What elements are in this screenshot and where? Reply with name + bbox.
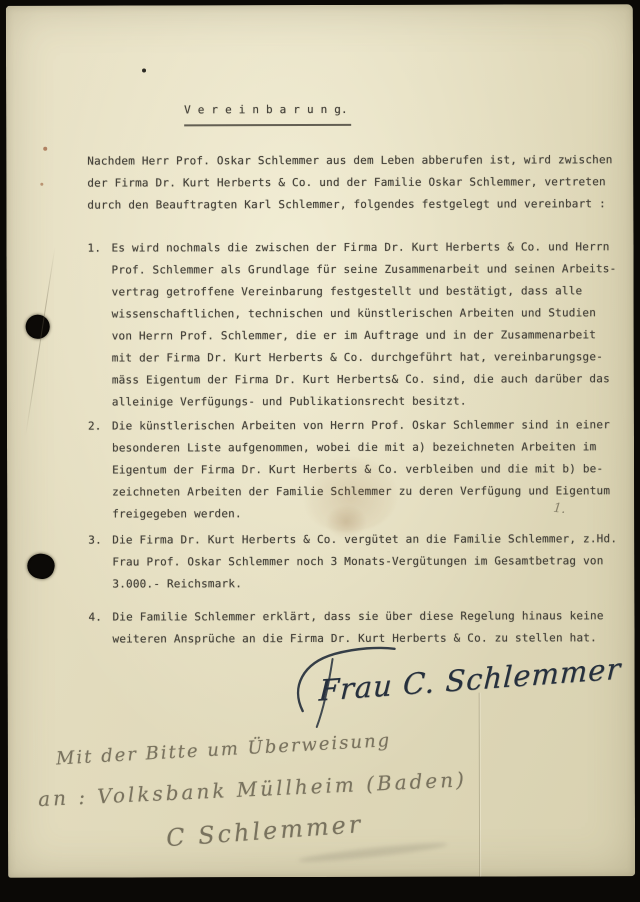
document-page: V e r e i n b a r u n g. Nachdem Herr Pr… <box>6 4 635 878</box>
title-underline <box>184 124 351 126</box>
rust-speck <box>43 147 47 151</box>
scratch-line <box>25 247 56 437</box>
pencil-smudge <box>298 840 448 865</box>
agreement-item-2: 2. Die künstlerischen Arbeiten von Herrn… <box>6 4 633 6</box>
punch-hole <box>26 315 50 339</box>
rust-speck <box>40 183 43 186</box>
photo-background: V e r e i n b a r u n g. Nachdem Herr Pr… <box>0 0 640 902</box>
document-title: V e r e i n b a r u n g. <box>184 99 348 121</box>
item-number: 2. <box>88 416 108 438</box>
intro-paragraph: Nachdem Herr Prof. Oskar Schlemmer aus d… <box>87 149 612 216</box>
ink-signature: Frau C. Schlemmer <box>289 638 634 739</box>
item-number: 1. <box>87 238 107 260</box>
pencil-note-line-1: Mit der Bitte um Überweisung <box>55 730 391 769</box>
pencil-note-line-2: an : Volksbank Müllheim (Baden) <box>38 767 468 811</box>
item-text: Die Firma Dr. Kurt Herberts & Co. vergüt… <box>112 528 617 595</box>
agreement-item-1: 1. Es wird nochmals die zwischen der Fir… <box>6 4 633 6</box>
item-number: 3. <box>88 530 108 552</box>
agreement-item-3: 3. Die Firma Dr. Kurt Herberts & Co. ver… <box>6 4 633 6</box>
agreement-item-4: 4. Die Familie Schlemmer erklärt, dass s… <box>6 4 633 6</box>
ink-speck <box>142 68 146 72</box>
stray-pencil-mark: 1. <box>552 501 566 517</box>
pencil-signature: C Schlemmer <box>165 810 364 852</box>
punch-hole <box>25 551 57 582</box>
pencil-note: Mit der Bitte um Überweisung an : Volksb… <box>6 4 640 6</box>
item-text: Es wird nochmals die zwischen der Firma … <box>111 236 616 413</box>
item-number: 4. <box>88 607 108 629</box>
